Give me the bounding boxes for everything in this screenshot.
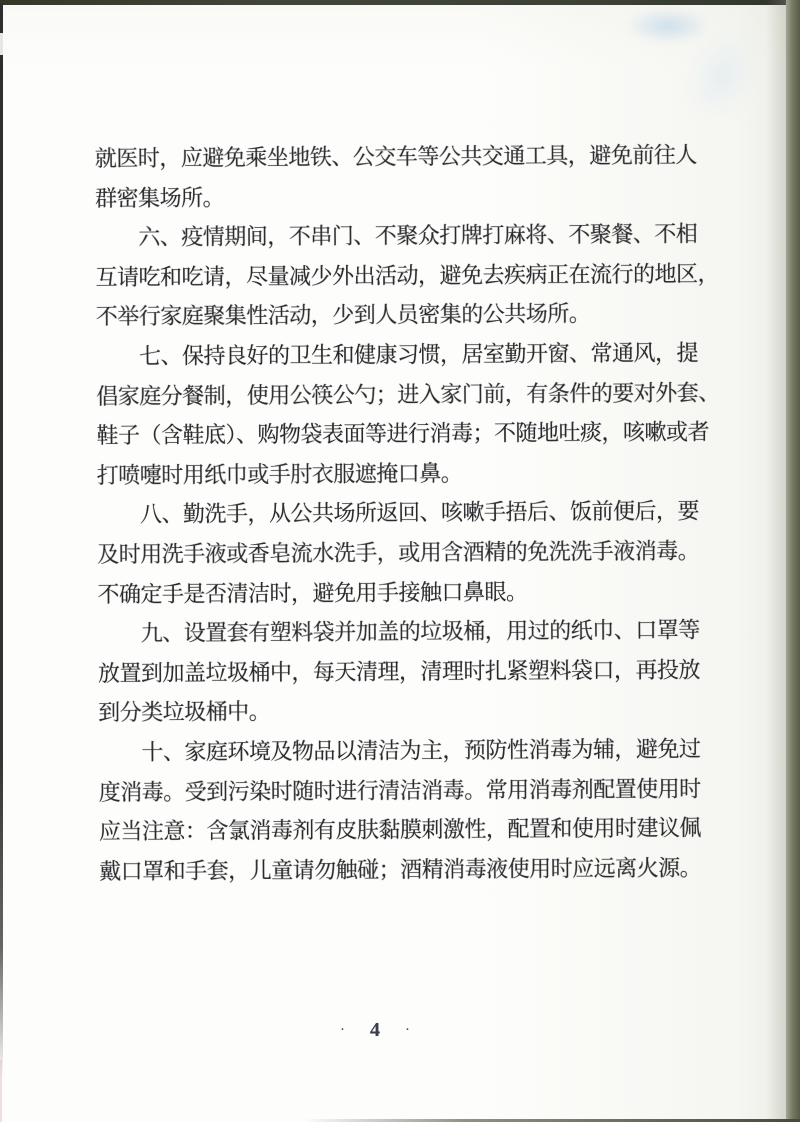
scan-border-left-notch bbox=[0, 33, 4, 55]
scan-shadow-right bbox=[766, 0, 786, 1122]
scan-border-left-pink bbox=[0, 1060, 2, 1122]
text-line: 互请吃和吃请，尽量减少外出活动，避免去疾病正在流行的地区， bbox=[95, 254, 760, 298]
text-line: 及时用洗手液或香皂流水洗手，或用含酒精的免洗洗手液消毒。 bbox=[97, 531, 762, 575]
text-line: 不确定手是否清洁时，避免用手接触口鼻眼。 bbox=[97, 570, 762, 614]
scan-smudge bbox=[626, 8, 710, 44]
text-line: 打喷嚏时用纸巾或手肘衣服遮掩口鼻。 bbox=[97, 452, 762, 496]
text-line: 九、设置套有塑料袋并加盖的垃圾桶，用过的纸巾、口罩等 bbox=[98, 610, 763, 654]
text-line: 十、家庭环境及物品以清洁为主，预防性消毒为辅，避免过 bbox=[98, 729, 763, 773]
text-line: 到分类垃圾桶中。 bbox=[98, 689, 763, 733]
text-line: 放置到加盖垃圾桶中，每天清理，清理时扎紧塑料袋口，再投放 bbox=[98, 650, 763, 694]
footer-left-dot: · bbox=[340, 1016, 345, 1044]
text-line: 群密集场所。 bbox=[95, 175, 760, 219]
text-line: 倡家庭分餐制，使用公筷公勺；进入家门前，有条件的要对外套、 bbox=[96, 373, 761, 417]
text-line: 鞋子（含鞋底）、购物袋表面等进行消毒；不随地吐痰，咳嗽或者 bbox=[96, 412, 761, 456]
text-line: 不举行家庭聚集性活动，少到人员密集的公共场所。 bbox=[96, 293, 761, 337]
document-page: 就医时，应避免乘坐地铁、公交车等公共交通工具，避免前往人 群密集场所。 六、疫情… bbox=[0, 0, 800, 1122]
text-line: 应当注意：含氯消毒剂有皮肤黏膜刺激性，配置和使用时建议佩 bbox=[99, 808, 764, 852]
scan-border-left bbox=[0, 3, 3, 1078]
text-line: 七、保持良好的卫生和健康习惯，居室勤开窗、常通风，提 bbox=[96, 333, 761, 377]
scan-border-top bbox=[0, 0, 800, 5]
scan-border-right bbox=[786, 0, 800, 1122]
text-line: 戴口罩和手套，儿童请勿触碰；酒精消毒液使用时应远离火源。 bbox=[99, 848, 764, 892]
text-line: 度消毒。受到污染时随时进行清洁消毒。常用消毒剂配置使用时 bbox=[99, 768, 764, 812]
text-line: 六、疫情期间，不串门、不聚众打牌打麻将、不聚餐、不相 bbox=[95, 214, 760, 258]
footer-right-dot: · bbox=[405, 1016, 410, 1044]
page-footer: · 4 · bbox=[340, 1016, 410, 1044]
page-number: 4 bbox=[370, 1016, 380, 1044]
text-line: 八、勤洗手，从公共场所返回、咳嗽手捂后、饭前便后，要 bbox=[97, 491, 762, 535]
body-text: 就医时，应避免乘坐地铁、公交车等公共交通工具，避免前往人 群密集场所。 六、疫情… bbox=[95, 135, 765, 891]
text-line: 就医时，应避免乘坐地铁、公交车等公共交通工具，避免前往人 bbox=[95, 135, 760, 179]
